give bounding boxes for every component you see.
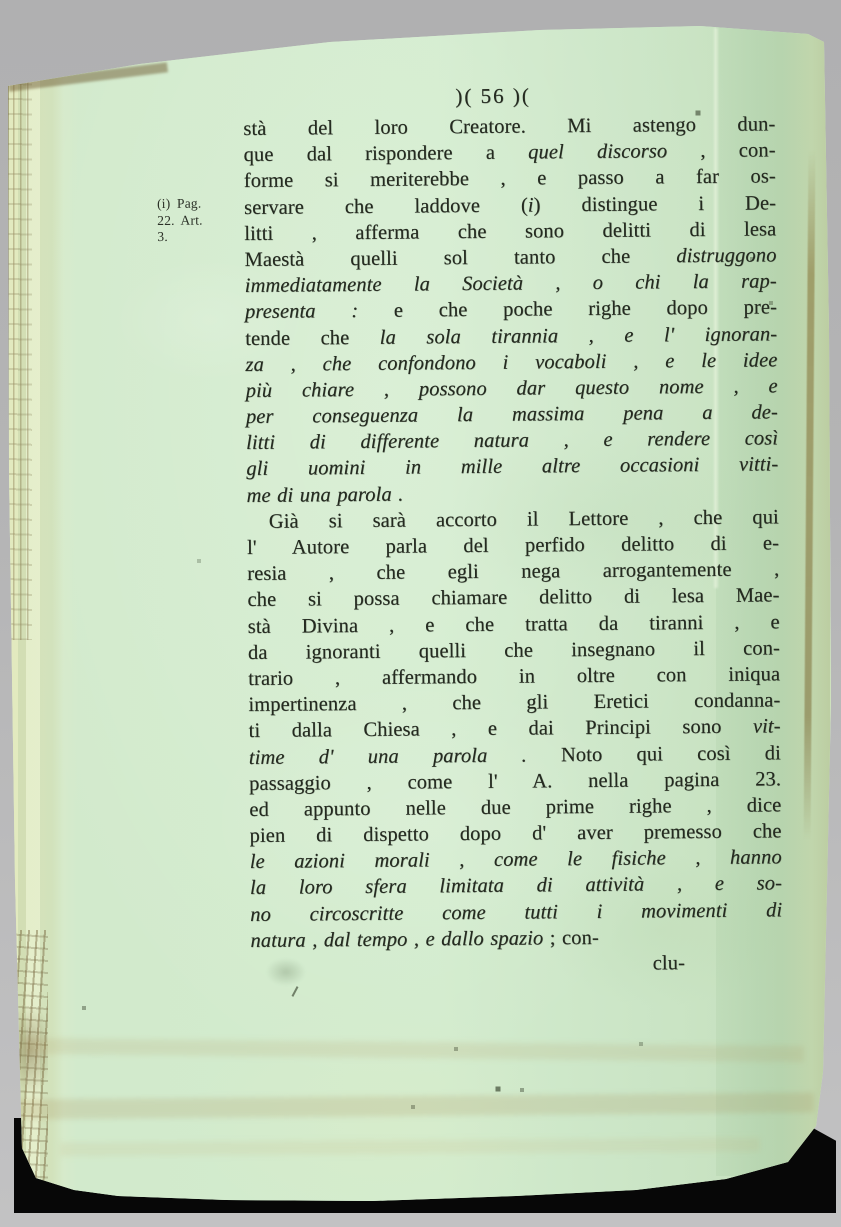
- paper-stain: [24, 1038, 804, 1062]
- text-line: gli uomini in mille altre occasioni vitt…: [246, 452, 778, 483]
- catchword-text: clu-: [653, 952, 685, 974]
- text-line: ti dalla Chiesa , e dai Principi sono vi…: [249, 714, 781, 745]
- margin-note-line: (i) Pag.: [157, 195, 241, 212]
- page-number-header: )( 56 )(: [243, 82, 743, 116]
- text-segment: litti , afferma che sono delitti di lesa: [244, 218, 776, 245]
- text-segment: servare che laddove (: [244, 194, 528, 218]
- scan-background: (i) Pag. 22. Art. 3. )( 56 )( stà del lo…: [0, 0, 841, 1227]
- text-segment: impertinenza , che gli Eretici condanna-: [248, 689, 780, 716]
- italic-text-segment: natura , dal tempo , e dallo spazio: [250, 927, 543, 952]
- text-segment: l' Autore parla del perfido delitto di e…: [247, 532, 779, 559]
- italic-text-segment: la loro sfera limitata di attività , e s…: [250, 873, 782, 900]
- italic-text-segment: per conseguenza la massima pena a de-: [246, 401, 778, 428]
- italic-text-segment: immediatamente la Società , o chi la rap…: [245, 270, 777, 297]
- text-segment: e che poche righe dopo pre-: [358, 297, 777, 323]
- body-text: stà del loro Creatore. Mi astengo dun-qu…: [243, 111, 782, 954]
- text-segment: ; con-: [543, 927, 599, 949]
- italic-text-segment: più chiare , possono dar questo nome , e: [246, 375, 778, 402]
- text-line: no circoscritte come tutti i movimenti d…: [250, 897, 782, 928]
- left-edge-cracks-top: [6, 80, 32, 640]
- italic-text-segment: time d' una parola .: [249, 744, 527, 768]
- paper-stain: [60, 1138, 760, 1157]
- margin-note: (i) Pag. 22. Art. 3.: [157, 195, 241, 245]
- text-segment: forme si meriterebbe , e passo a far os-: [244, 166, 776, 193]
- italic-text-segment: quel discorso: [528, 140, 667, 163]
- text-line: presenta : e che poche righe dopo pre-: [245, 295, 777, 326]
- margin-note-line: 3.: [157, 228, 241, 245]
- text-line: che si possa chiamare delitto di lesa Ma…: [247, 583, 779, 614]
- paper-stain: [12, 1093, 814, 1120]
- text-segment: ti dalla Chiesa , e dai Principi sono: [249, 716, 753, 742]
- text-segment: che si possa chiamare delitto di lesa Ma…: [247, 585, 779, 612]
- text-segment: ed appunto nelle due prime righe , dice: [249, 794, 781, 821]
- text-segment: , con-: [667, 140, 776, 163]
- pencil-mark: [292, 986, 299, 997]
- paper-specks: [0, 0, 2, 2]
- text-segment: pien di dispetto dopo d' aver premesso c…: [249, 820, 781, 847]
- italic-text-segment: no circoscritte come tutti i movimenti d…: [250, 899, 782, 926]
- book-page: (i) Pag. 22. Art. 3. )( 56 )( stà del lo…: [0, 0, 841, 1227]
- catchword: clu-: [251, 949, 783, 980]
- text-segment: ) distingue i De-: [534, 192, 777, 216]
- text-segment: resia , che egli nega arrogantemente ,: [247, 559, 779, 586]
- margin-note-line: 22. Art.: [157, 212, 241, 229]
- italic-text-segment: me di una parola .: [246, 483, 403, 506]
- text-segment: passaggio , come l' A. nella pagina 23.: [249, 768, 781, 795]
- text-segment: trario , affermando in oltre con iniqua: [248, 663, 780, 690]
- italic-text-segment: za , che confondono i vocaboli , e le id…: [245, 349, 777, 376]
- top-edge-wear: [8, 62, 168, 91]
- text-segment: Noto qui così di: [527, 742, 781, 766]
- italic-text-segment: litti di differente natura , e rendere c…: [246, 428, 778, 455]
- text-segment: da ignoranti quelli che insegnano il con…: [248, 637, 780, 664]
- text-segment: Maestà quelli sol tanto che: [244, 245, 676, 271]
- text-line: forme si meriterebbe , e passo a far os-: [244, 164, 776, 195]
- italic-text-segment: le azioni morali , come le fisiche , han…: [250, 847, 782, 874]
- page-text: )( 56 )( stà del loro Creatore. Mi asten…: [243, 81, 783, 980]
- text-segment: que dal rispondere a: [244, 142, 529, 166]
- italic-text-segment: la sola tirannia , e l' ignoran-: [380, 323, 778, 348]
- text-segment: Già si sarà accorto il Lettore , che qui: [269, 506, 779, 532]
- italic-text-segment: gli uomini in mille altre occasioni vitt…: [246, 454, 778, 481]
- text-segment: stà del loro Creatore. Mi astengo dun-: [243, 113, 775, 140]
- text-segment: stà Divina , e che tratta da tiranni , e: [248, 611, 780, 638]
- text-line: la loro sfera limitata di attività , e s…: [250, 871, 782, 902]
- italic-text-segment: distruggono: [676, 244, 776, 267]
- italic-text-segment: presenta :: [245, 300, 358, 323]
- text-segment: tende che: [245, 326, 380, 349]
- italic-text-segment: vit-: [753, 716, 781, 738]
